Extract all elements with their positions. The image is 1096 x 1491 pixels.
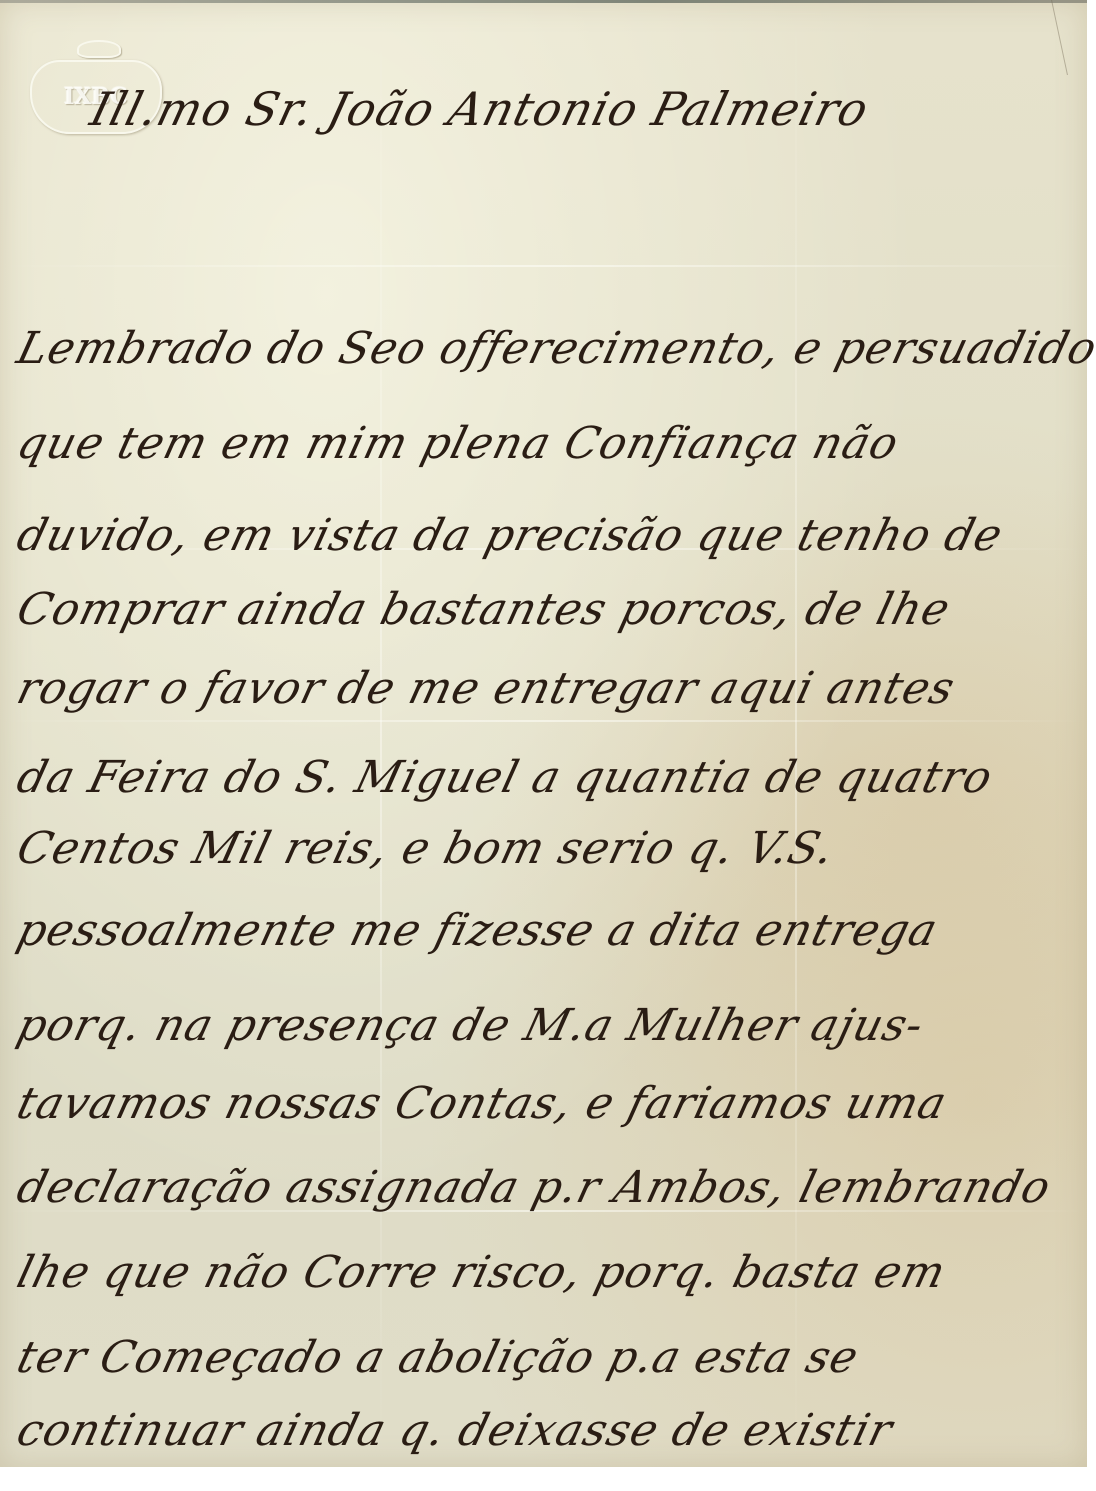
letter-paper: IXBC Ill.mo Sr. João Antonio Palmeiro Le… [0,0,1087,1467]
letter-line: rogar o favor de me entregar aqui antes [12,663,960,714]
letter-line: Lembrado do Seo offerecimento, e persuad… [12,323,1096,374]
letter-line: pessoalmente me fizesse a dita entrega [12,905,943,956]
letter-line: declaração assignada p.r Ambos, lembrand… [12,1162,1056,1213]
letter-line: porq. na presença de M.a Mulher ajus- [12,1000,929,1051]
letter-line: Centos Mil reis, e bom serio q. V.S. [12,823,840,874]
letter-line: lhe que não Corre risco, porq. basta em [12,1247,951,1298]
letter-line: continuar ainda q. deixasse de existir [12,1405,898,1456]
letter-line: tavamos nossas Contas, e fariamos uma [12,1078,952,1129]
letter-line: duvido, em vista da precisão que tenho d… [12,510,1008,561]
letter-line: que tem em mim plena Confiança não [12,418,904,469]
letter-text: Ill.mo Sr. João Antonio Palmeiro Lembrad… [0,0,1087,1467]
letter-line: Comprar ainda bastantes porcos, de lhe [12,584,956,635]
letter-line: da Feira do S. Miguel a quantia de quatr… [12,752,998,803]
letter-line: ter Começado a abolição p.a esta se [12,1332,864,1383]
salutation: Ill.mo Sr. João Antonio Palmeiro [85,82,874,136]
